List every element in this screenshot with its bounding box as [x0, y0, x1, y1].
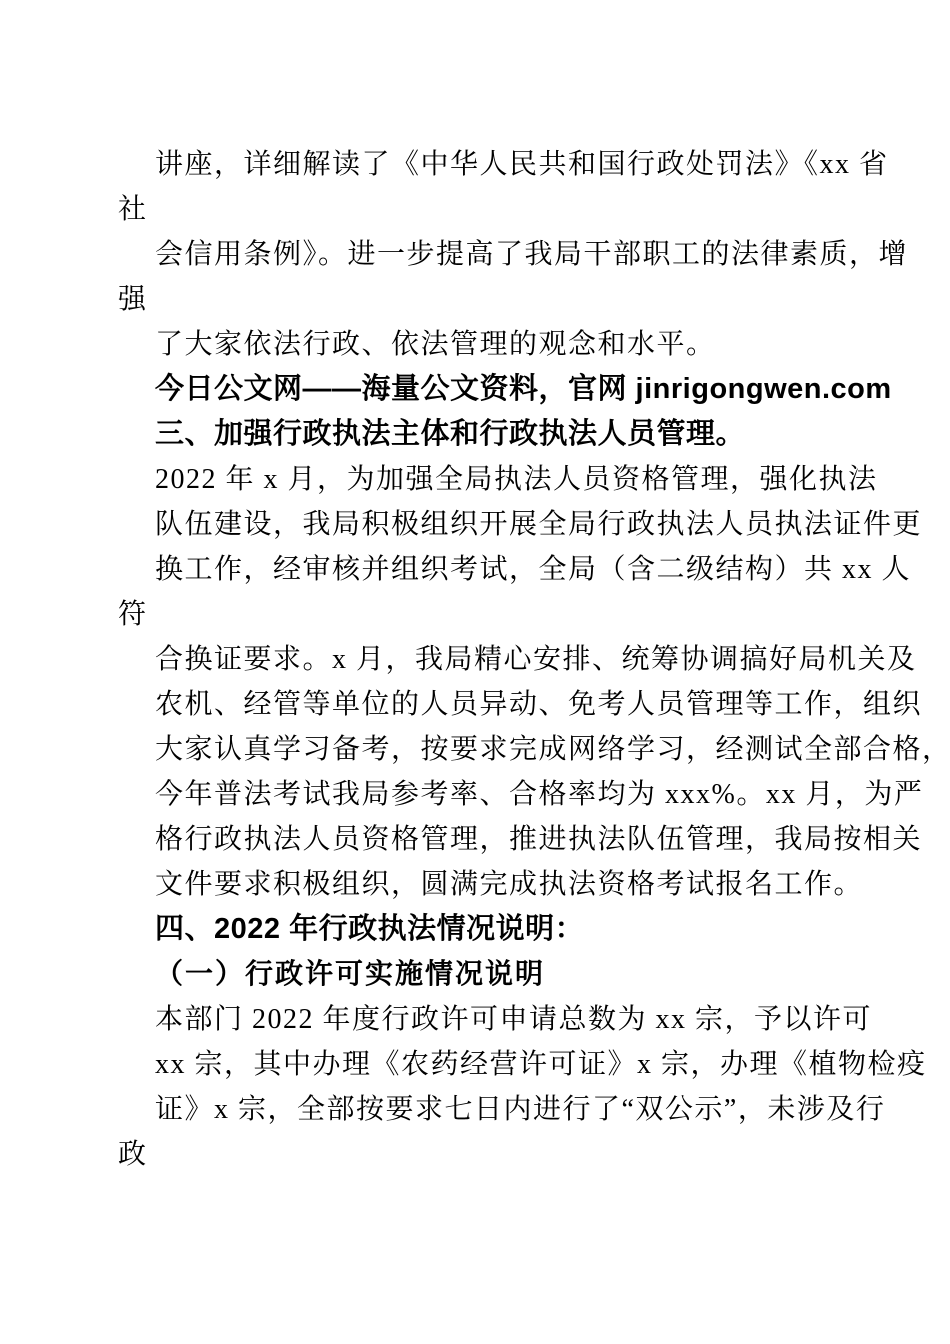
document-line: xx 宗，其中办理《农药经营许可证》x 宗，办理《植物检疫: [0, 1042, 950, 1087]
document-text: 讲座，详细解读了《中华人民共和国行政处罚法》《xx 省 社 会信用条例》。进一步…: [0, 142, 950, 1177]
document-line: 农机、经管等单位的人员异动、免考人员管理等工作，组织: [0, 682, 950, 727]
subsection-heading-1: （一）行政许可实施情况说明: [0, 952, 950, 997]
document-line: 队伍建设，我局积极组织开展全局行政执法人员执法证件更: [0, 502, 950, 547]
document-line: 2022 年 x 月，为加强全局执法人员资格管理，强化执法: [0, 457, 950, 502]
document-line: 讲座，详细解读了《中华人民共和国行政处罚法》《xx 省: [0, 142, 950, 187]
document-line-hanging-char: 社: [0, 187, 950, 232]
document-line: 合换证要求。x 月，我局精心安排、统筹协调搞好局机关及: [0, 637, 950, 682]
document-line: 会信用条例》。进一步提高了我局干部职工的法律素质，增: [0, 232, 950, 277]
document-line: 本部门 2022 年度行政许可申请总数为 xx 宗，予以许可: [0, 997, 950, 1042]
document-line-hanging-char: 强: [0, 277, 950, 322]
document-line-hanging-char: 政: [0, 1132, 950, 1177]
section-heading-3: 三、加强行政执法主体和行政执法人员管理。: [0, 412, 950, 457]
document-line: 换工作，经审核并组织考试，全局（含二级结构）共 xx 人: [0, 547, 950, 592]
document-line: 文件要求积极组织，圆满完成执法资格考试报名工作。: [0, 862, 950, 907]
document-line-hanging-char: 符: [0, 592, 950, 637]
document-line: 今年普法考试我局参考率、合格率均为 xxx%。xx 月，为严: [0, 772, 950, 817]
document-line: 格行政执法人员资格管理，推进执法队伍管理，我局按相关: [0, 817, 950, 862]
document-line: 证》x 宗，全部按要求七日内进行了“双公示”，未涉及行: [0, 1087, 950, 1132]
watermark-heading: 今日公文网——海量公文资料，官网 jinrigongwen.com: [0, 367, 950, 412]
document-page: 讲座，详细解读了《中华人民共和国行政处罚法》《xx 省 社 会信用条例》。进一步…: [0, 0, 950, 1344]
document-line: 大家认真学习备考，按要求完成网络学习，经测试全部合格，: [0, 727, 950, 772]
document-line: 了大家依法行政、依法管理的观念和水平。: [0, 322, 950, 367]
section-heading-4: 四、2022 年行政执法情况说明：: [0, 907, 950, 952]
